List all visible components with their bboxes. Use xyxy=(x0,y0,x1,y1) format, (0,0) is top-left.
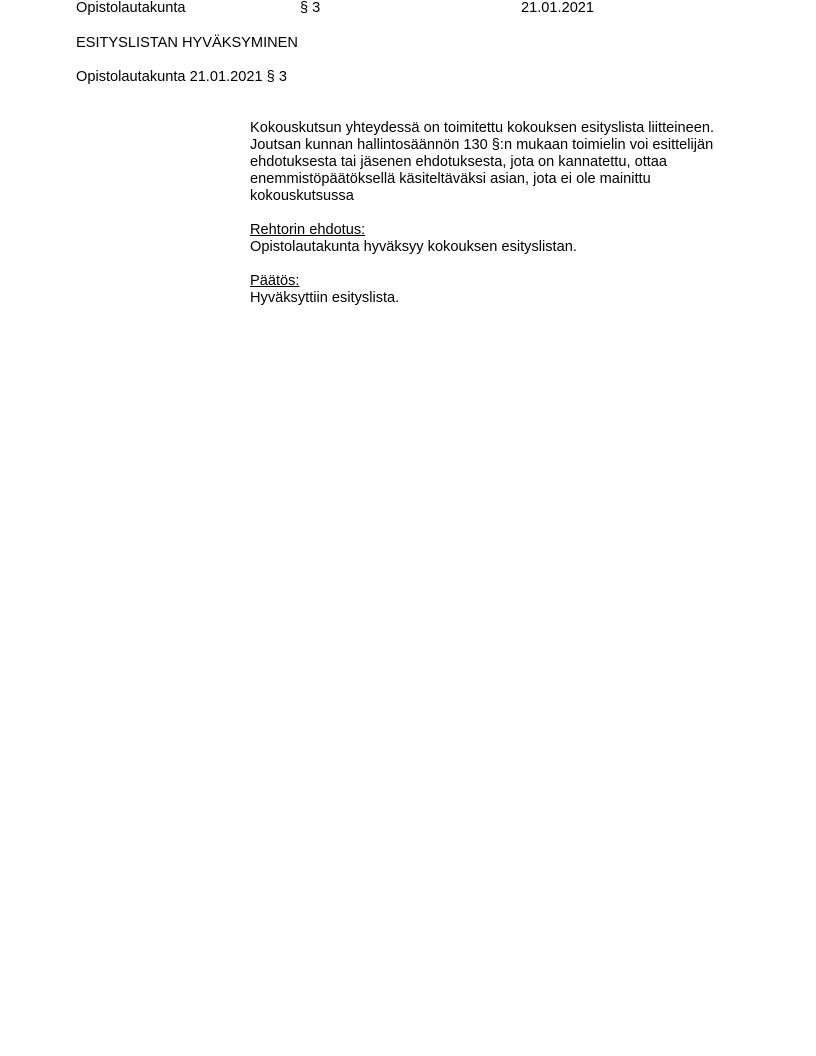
proposal-section: Rehtorin ehdotus: Opistolautakunta hyväk… xyxy=(250,222,730,256)
document-subtitle: Opistolautakunta 21.01.2021 § 3 xyxy=(76,69,287,86)
header-section-number: § 3 xyxy=(300,0,320,17)
header-committee: Opistolautakunta xyxy=(76,0,186,17)
intro-line: Kokouskutsun yhteydessä on toimitettu ko… xyxy=(250,120,714,136)
document-title: ESITYSLISTAN HYVÄKSYMINEN xyxy=(76,35,298,52)
intro-line: enemmistöpäätöksellä käsiteltäväksi asia… xyxy=(250,171,651,187)
intro-paragraph: Kokouskutsun yhteydessä on toimitettu ko… xyxy=(250,120,730,205)
intro-line: Joutsan kunnan hallintosäännön 130 §:n m… xyxy=(250,137,713,153)
proposal-text: Opistolautakunta hyväksyy kokouksen esit… xyxy=(250,239,577,255)
intro-line: ehdotuksesta tai jäsenen ehdotuksesta, j… xyxy=(250,154,667,170)
intro-line: kokouskutsussa xyxy=(250,188,354,204)
header-date: 21.01.2021 xyxy=(521,0,594,17)
document-body: Kokouskutsun yhteydessä on toimitettu ko… xyxy=(250,120,730,307)
decision-section: Päätös: Hyväksyttiin esityslista. xyxy=(250,273,730,307)
decision-text: Hyväksyttiin esityslista. xyxy=(250,290,399,306)
proposal-heading: Rehtorin ehdotus: xyxy=(250,222,365,238)
decision-heading: Päätös: xyxy=(250,273,300,289)
